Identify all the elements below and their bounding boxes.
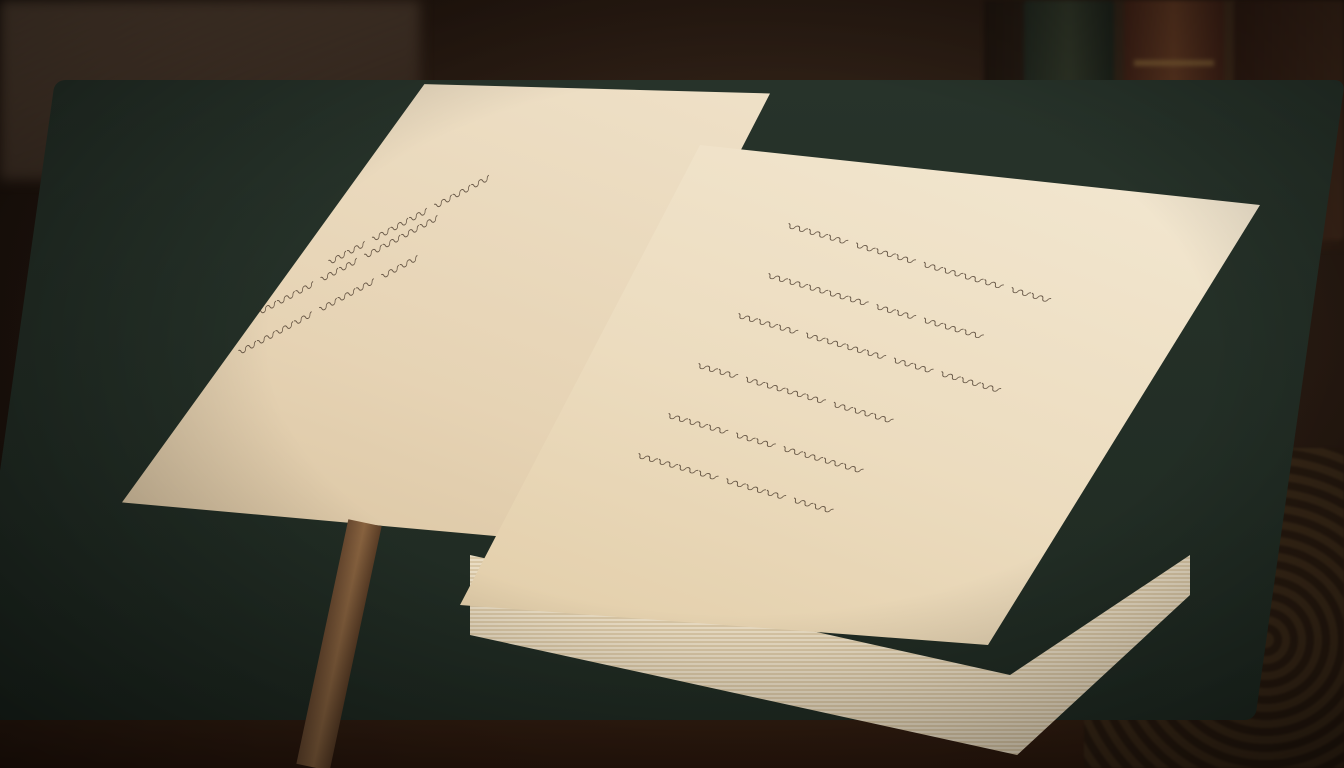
- open-notebook: [0, 60, 1300, 760]
- photo-scene: 〰〰〰 〰〰 〰〰〰〰 〰〰〰〰 〰〰〰 〰〰 〰〰 〰〰〰 〰〰〰 〰〰〰 〰…: [0, 0, 1344, 768]
